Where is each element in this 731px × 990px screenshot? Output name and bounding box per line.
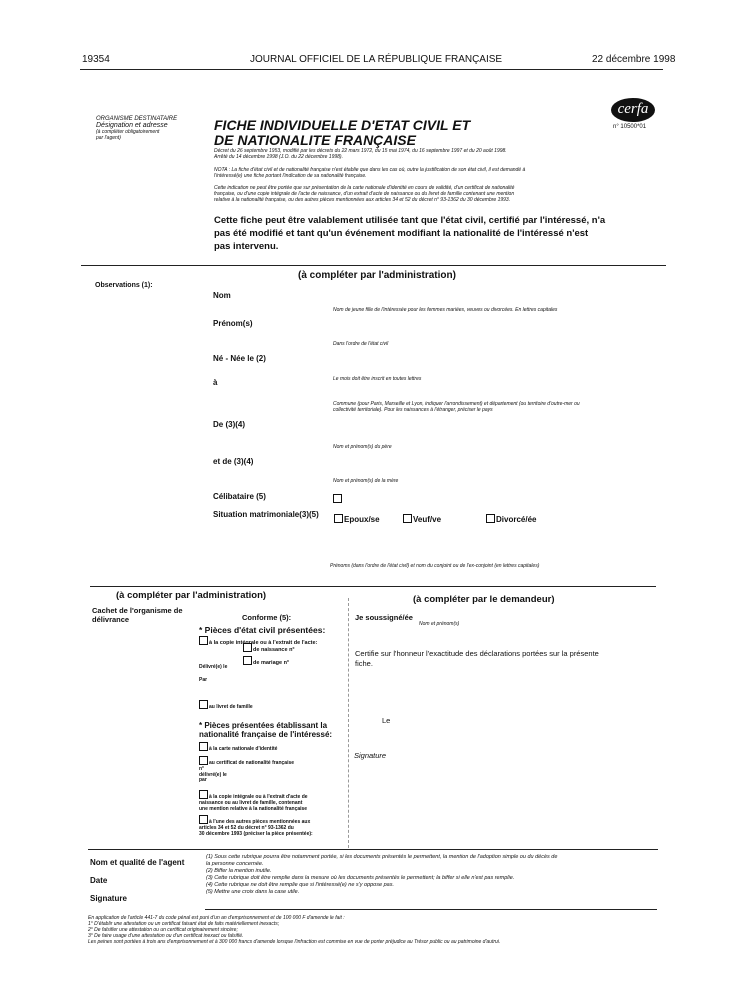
pieces-nationalite-line1: * Pièces présentées établissant la (199, 721, 341, 730)
certificat-details: n° délivré(e) le par (199, 767, 227, 784)
section-rule-2 (90, 586, 656, 587)
validity-line2: pas été modifié et tant qu'un événement … (214, 227, 664, 240)
page-number: 19354 (82, 54, 110, 65)
indication-text: Cette indication ne peut être portée que… (214, 185, 664, 203)
form-title-line1: FICHE INDIVIDUELLE D'ETAT CIVIL ET (214, 118, 470, 133)
field-pere-hint: Nom et prénom(s) du père (333, 444, 392, 450)
recipient-block: ORGANISME DESTINATAIRE Désignation et ad… (96, 116, 206, 141)
nota-line2: l'intéressé(e) une fiche portant l'indic… (214, 173, 664, 179)
pieces-etat-civil-heading: * Pièces d'état civil présentées: (199, 625, 325, 635)
footnote-1-cont: la personne concernée. (206, 861, 661, 868)
option-epoux[interactable]: Epoux/se (334, 514, 380, 524)
observations-label: Observations (1): (95, 282, 153, 289)
par-label: Par (199, 677, 207, 684)
certifie-line1: Certifie sur l'honneur l'exactitude des … (355, 649, 655, 659)
certificat-checkbox[interactable] (199, 756, 208, 765)
livret-checkbox[interactable] (199, 700, 208, 709)
naissance-label: de naissance n° (253, 647, 295, 653)
spouse-hint: Prénoms (dans l'ordre de l'état civil) e… (330, 563, 539, 569)
divorce-label: Divorcé/ée (496, 515, 536, 524)
pieces-nationalite-heading: * Pièces présentées établissant la natio… (199, 721, 341, 739)
cerfa-logo: cerfa (611, 98, 655, 122)
epoux-checkbox[interactable] (334, 514, 343, 523)
signature-label: Signature (354, 751, 386, 760)
carte-identite-option[interactable]: à la carte nationale d'identité (199, 742, 277, 753)
indication-line3: relative à la nationalité française, ou … (214, 197, 664, 203)
cachet-line1: Cachet de l'organisme de (92, 606, 183, 615)
carte-identite-label: à la carte nationale d'identité (209, 746, 277, 752)
copie-mention-option[interactable]: à la copie intégrale ou à l'extrait d'ac… (199, 790, 349, 812)
field-naissance-label: Né - Née le (2) (213, 354, 266, 363)
mariage-option[interactable]: de mariage n° (243, 656, 289, 667)
certificat-option[interactable]: au certificat de nationalité française (199, 756, 294, 767)
copie-mention-line3: une mention relative à la nationalité fr… (199, 806, 349, 812)
certifie-line2: fiche. (355, 659, 655, 669)
form-number: n° 10500*01 (613, 124, 646, 130)
footnotes: (1) Sous cette rubrique pourra être nota… (206, 854, 661, 896)
field-lieu-label: à (213, 378, 217, 387)
recipient-line2: Désignation et adresse (96, 122, 206, 129)
carte-identite-checkbox[interactable] (199, 742, 208, 751)
validity-line1: Cette fiche peut être valablement utilis… (214, 214, 664, 227)
field-nom-label: Nom (213, 291, 231, 300)
cert-par: par (199, 778, 227, 784)
option-veuf[interactable]: Veuf/ve (403, 514, 441, 524)
decree-text: Décret du 26 septembre 1953, modifié par… (214, 148, 664, 160)
veuf-checkbox[interactable] (403, 514, 412, 523)
mariage-checkbox[interactable] (243, 656, 252, 665)
field-nom-hint: Nom de jeune fille de l'intéressée pour … (333, 307, 557, 313)
option-divorce[interactable]: Divorcé/ée (486, 514, 536, 524)
validity-line3: pas intervenu. (214, 240, 664, 253)
penal-notice: En application de l'article 441-7 du cod… (88, 915, 668, 945)
form-title-line2: DE NATIONALITE FRANÇAISE (214, 133, 470, 148)
naissance-option[interactable]: de naissance n° (243, 643, 295, 654)
cachet-line2: délivrance (92, 615, 183, 624)
agent-date: Date (90, 876, 107, 885)
section-rule-3 (88, 849, 658, 850)
cachet-label: Cachet de l'organisme de délivrance (92, 606, 183, 624)
situation-label: Situation matrimoniale(3)(5) (213, 510, 319, 519)
field-prenom-label: Prénom(s) (213, 319, 253, 328)
mariage-label: de mariage n° (253, 660, 289, 666)
field-lieu-hint: Commune (pour Paris, Marseille et Lyon, … (333, 401, 663, 413)
journal-title: JOURNAL OFFICIEL DE LA RÉPUBLIQUE FRANÇA… (250, 54, 502, 65)
footnote-4: (4) Cette rubrique ne doit être remplie … (206, 882, 661, 889)
header-rule (80, 69, 663, 70)
penal-line-5: Les peines sont portées à trois ans d'em… (88, 939, 668, 945)
section-rule-1 (81, 265, 666, 266)
footnote-5: (5) Mettre une croix dans la case utile. (206, 889, 661, 896)
naissance-checkbox[interactable] (243, 643, 252, 652)
recipient-line4: par l'agent) (96, 135, 206, 141)
certifie-text: Certifie sur l'honneur l'exactitude des … (355, 649, 655, 669)
footnote-1: (1) Sous cette rubrique pourra être nota… (206, 854, 661, 861)
agent-nom-qualite: Nom et qualité de l'agent (90, 858, 184, 867)
validity-statement: Cette fiche peut être valablement utilis… (214, 214, 664, 253)
section-rule-4 (205, 909, 657, 910)
soussigne-hint: Nom et prénom(s) (419, 621, 459, 627)
copie-integrale-checkbox[interactable] (199, 636, 208, 645)
divorce-checkbox[interactable] (486, 514, 495, 523)
field-mere-label: et de (3)(4) (213, 457, 253, 466)
le-label: Le (382, 716, 390, 725)
autres-line3: 30 décembre 1993 (préciser la pièce prés… (199, 831, 349, 837)
form-title: FICHE INDIVIDUELLE D'ETAT CIVIL ET DE NA… (214, 118, 470, 148)
field-pere-label: De (3)(4) (213, 420, 245, 429)
admin-bottom-heading: (à compléter par l'administration) (116, 590, 266, 601)
field-prenom-hint: Dans l'ordre de l'état civil (333, 341, 388, 347)
soussigne-label: Je soussigné/ée (355, 613, 413, 622)
field-mere-hint: Nom et prénom(s) de la mère (333, 478, 398, 484)
demandeur-heading: (à compléter par le demandeur) (413, 594, 554, 605)
pieces-nationalite-line2: nationalité française de l'intéressé: (199, 730, 341, 739)
celibataire-checkbox[interactable] (333, 494, 342, 503)
journal-date: 22 décembre 1998 (592, 54, 675, 65)
livret-label: au livret de famille (209, 704, 253, 710)
footnote-3: (3) Cette rubrique doit être remplie dan… (206, 875, 661, 882)
delivre-le-label: Délivré(e) le (199, 664, 227, 671)
copie-mention-checkbox[interactable] (199, 790, 208, 799)
livret-option[interactable]: au livret de famille (199, 700, 253, 711)
decree-line2: Arrêté du 14 décembre 1998 (J.O. du 22 d… (214, 154, 664, 160)
footnote-2: (2) Biffer la mention inutile. (206, 868, 661, 875)
nota-text: NOTA : La fiche d'état civil et de natio… (214, 167, 664, 179)
epoux-label: Epoux/se (344, 515, 380, 524)
admin-heading: (à compléter par l'administration) (298, 270, 456, 281)
autres-pieces-checkbox[interactable] (199, 815, 208, 824)
column-divider (348, 598, 349, 848)
field-naissance-hint: Le mois doit être inscrit en toutes lett… (333, 376, 421, 382)
veuf-label: Veuf/ve (413, 515, 441, 524)
field-lieu-hint-line2: collectivité territoriale). Pour les nai… (333, 407, 663, 413)
celibataire-label: Célibataire (5) (213, 492, 266, 501)
certificat-label: au certificat de nationalité française (209, 760, 294, 766)
autres-pieces-option[interactable]: à l'une des autres pièces mentionnées au… (199, 815, 349, 837)
conforme-label: Conforme (5): (242, 613, 291, 622)
agent-signature: Signature (90, 894, 127, 903)
